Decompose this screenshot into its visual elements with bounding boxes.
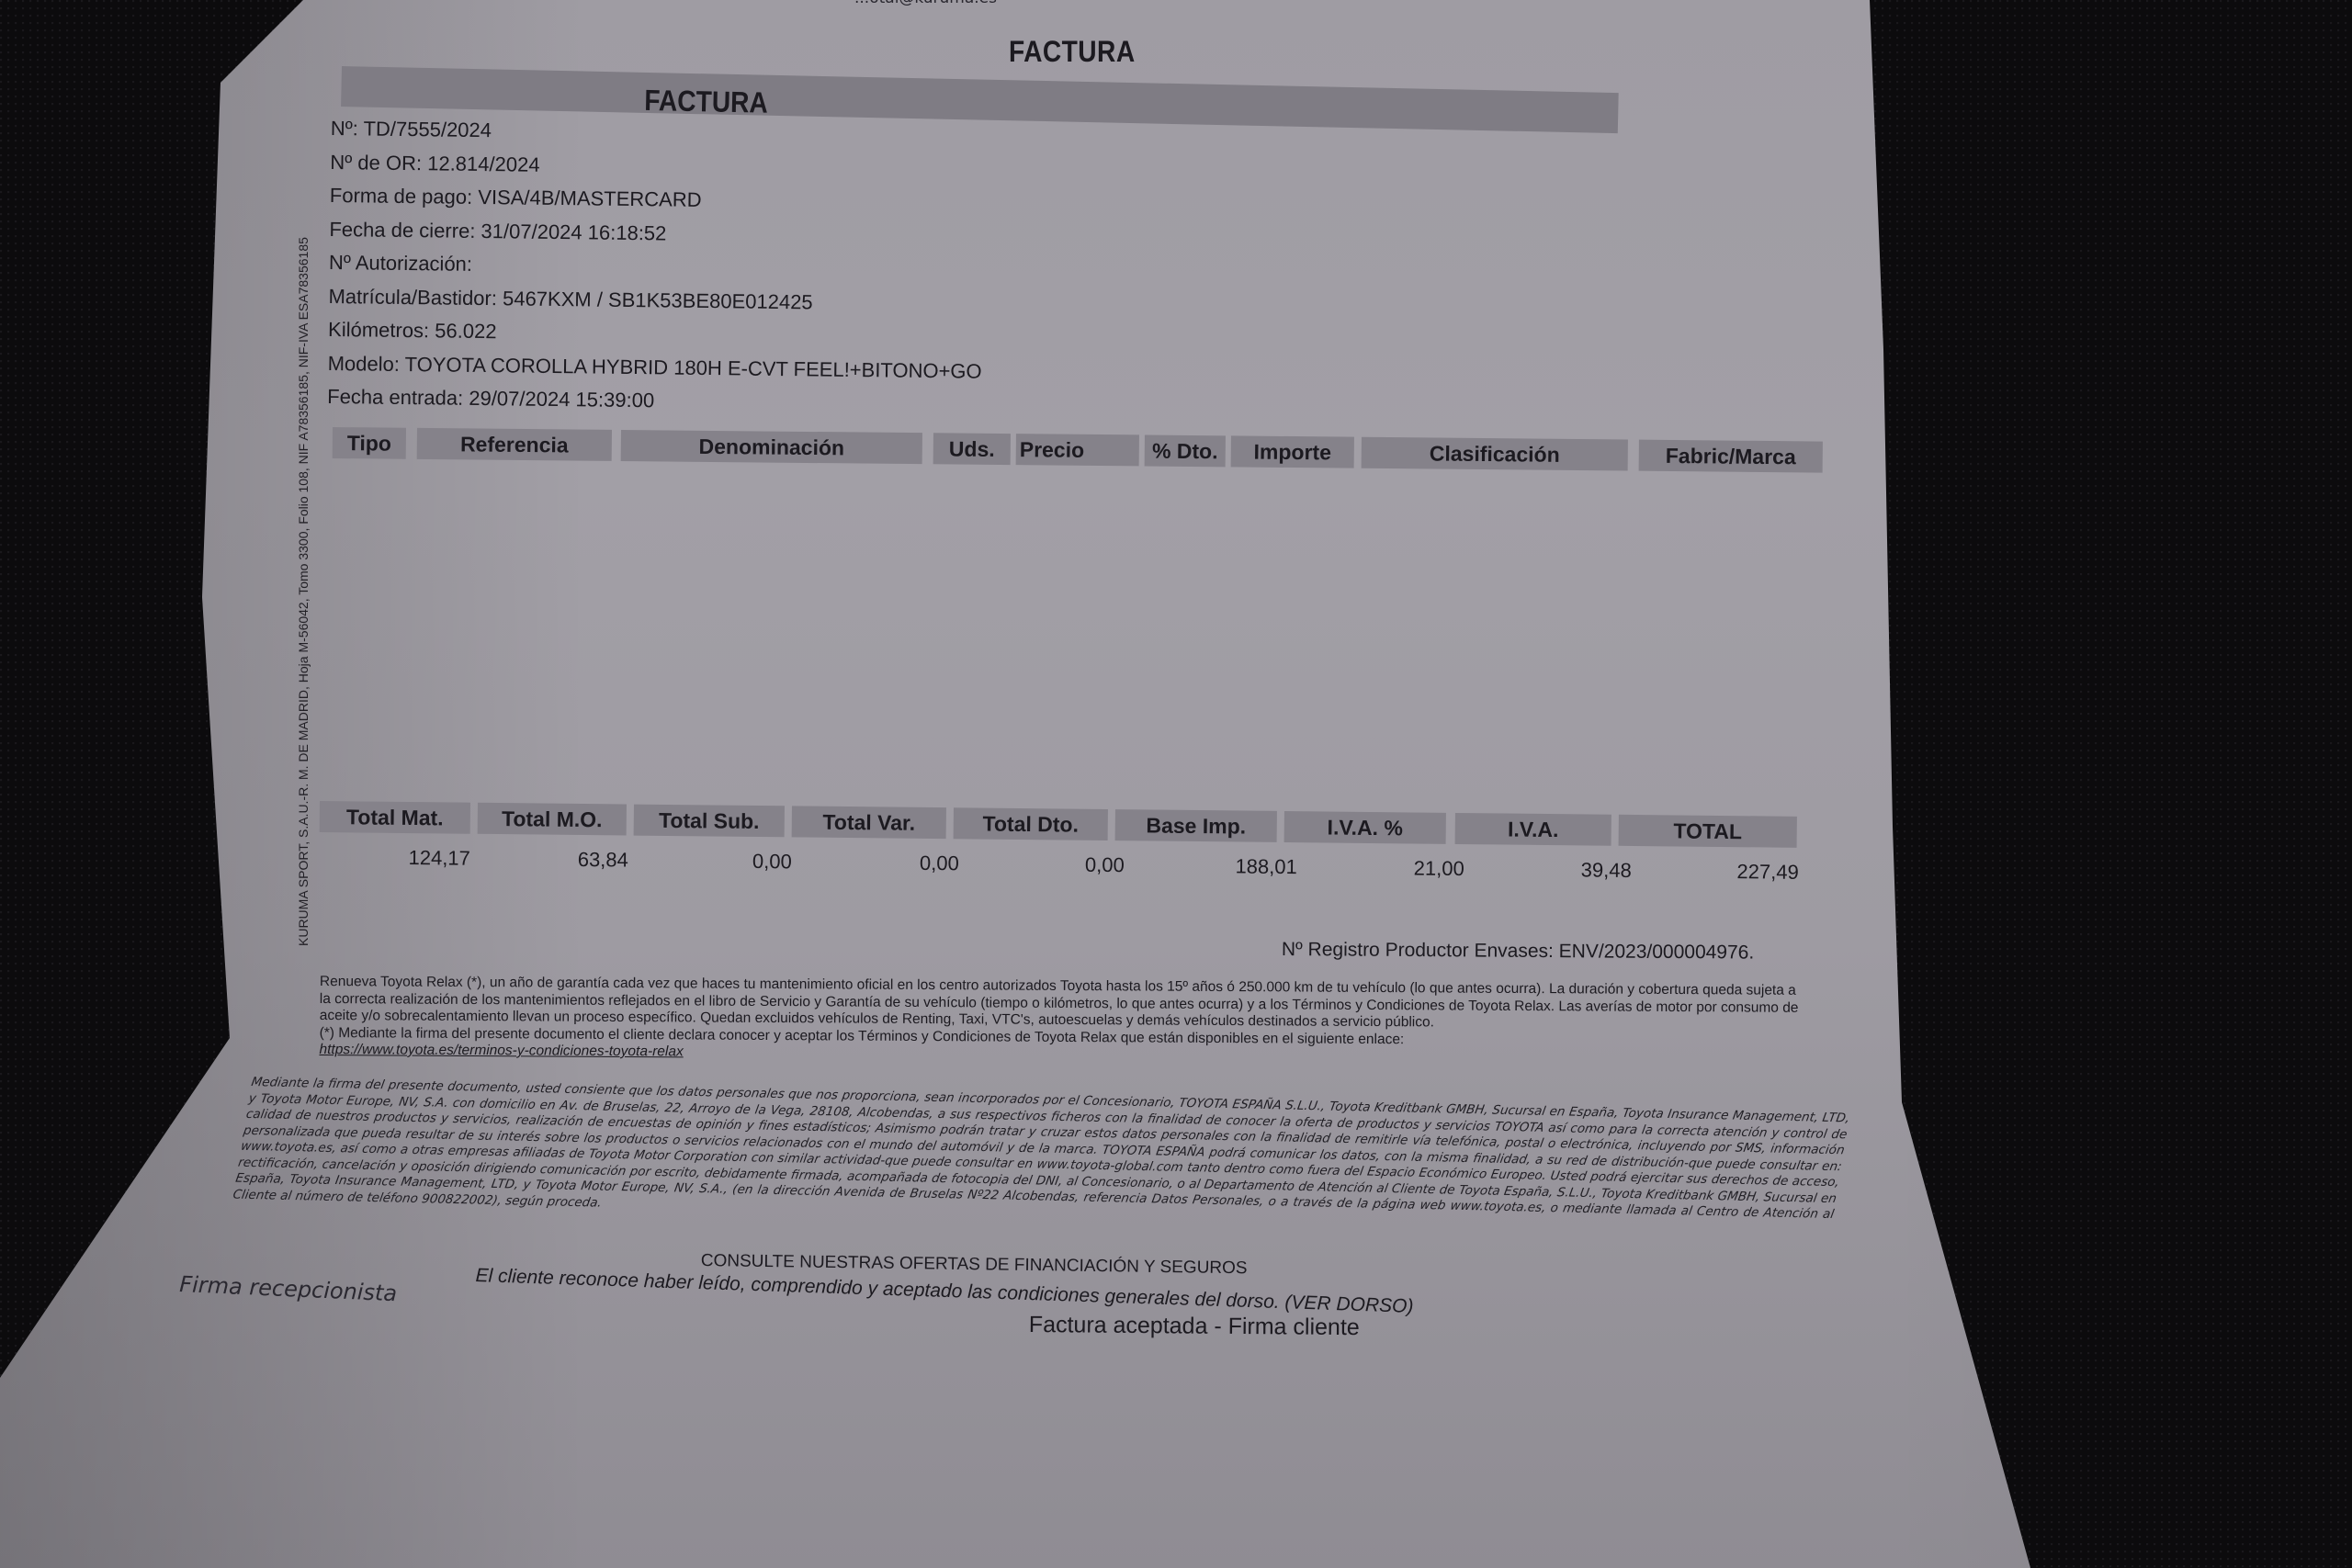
- invoice-fields: Nº: TD/7555/2024 Nº de OR: 12.814/2024 F…: [327, 112, 985, 422]
- col-total: TOTAL: [1619, 815, 1797, 848]
- col-total-sub: Total Sub.: [634, 805, 785, 838]
- col-precio: Precio: [1016, 434, 1139, 466]
- toyota-relax-block: Renueva Toyota Relax (*), un año de gara…: [319, 974, 1808, 1067]
- band-title: FACTURA: [644, 84, 768, 120]
- value-total: 227,49: [1685, 860, 1799, 885]
- totals-values: 124,17 63,84 0,00 0,00 0,00 188,01 21,00…: [320, 845, 1826, 897]
- col-base-imp: Base Imp.: [1115, 809, 1277, 842]
- value-total-sub: 0,00: [678, 849, 792, 874]
- col-importe: Importe: [1231, 435, 1354, 468]
- col-denominacion: Denominación: [621, 430, 922, 464]
- value-iva-pct: 21,00: [1351, 856, 1464, 881]
- col-uds: Uds.: [933, 433, 1011, 465]
- totals-header: Total Mat. Total M.O. Total Sub. Total V…: [320, 801, 1826, 853]
- col-dto: % Dto.: [1145, 434, 1226, 467]
- col-total-mo: Total M.O.: [478, 803, 627, 836]
- lines-table-header: Tipo Referencia Denominación Uds. Precio…: [333, 427, 1821, 479]
- privacy-clause: Mediante la firma del presente documento…: [232, 1075, 1850, 1239]
- col-total-var: Total Var.: [792, 806, 946, 839]
- col-total-mat: Total Mat.: [320, 801, 470, 834]
- document-title: FACTURA: [1009, 35, 1136, 69]
- value-total-mo: 63,84: [514, 847, 628, 872]
- value-total-var: 0,00: [845, 851, 959, 875]
- dealer-email: ...otal@kuruma.es: [854, 0, 997, 7]
- registro-envases: Nº Registro Productor Envases: ENV/2023/…: [1282, 939, 1754, 964]
- col-referencia: Referencia: [417, 428, 612, 461]
- col-fabric-marca: Fabric/Marca: [1639, 440, 1823, 473]
- invoice-document: ...otal@kuruma.es FACTURA FACTURA KURUMA…: [0, 0, 2352, 1568]
- relax-paragraph: Renueva Toyota Relax (*), un año de gara…: [320, 974, 1808, 1033]
- value-iva: 39,48: [1518, 858, 1632, 883]
- client-signature-label: Factura aceptada - Firma cliente: [1029, 1312, 1360, 1341]
- value-total-mat: 124,17: [356, 845, 470, 870]
- col-tipo: Tipo: [333, 427, 406, 459]
- side-legal-text: KURUMA SPORT, S.A.U.-R. M. DE MADRID, Ho…: [296, 119, 311, 946]
- col-iva: I.V.A.: [1455, 813, 1611, 846]
- col-clasificacion: Clasificación: [1362, 437, 1628, 471]
- value-total-dto: 0,00: [1011, 852, 1125, 877]
- col-total-dto: Total Dto.: [954, 807, 1108, 840]
- value-base-imp: 188,01: [1183, 854, 1297, 879]
- col-iva-pct: I.V.A. %: [1284, 811, 1446, 844]
- receptionist-signature-label: Firma recepcionista: [179, 1271, 398, 1306]
